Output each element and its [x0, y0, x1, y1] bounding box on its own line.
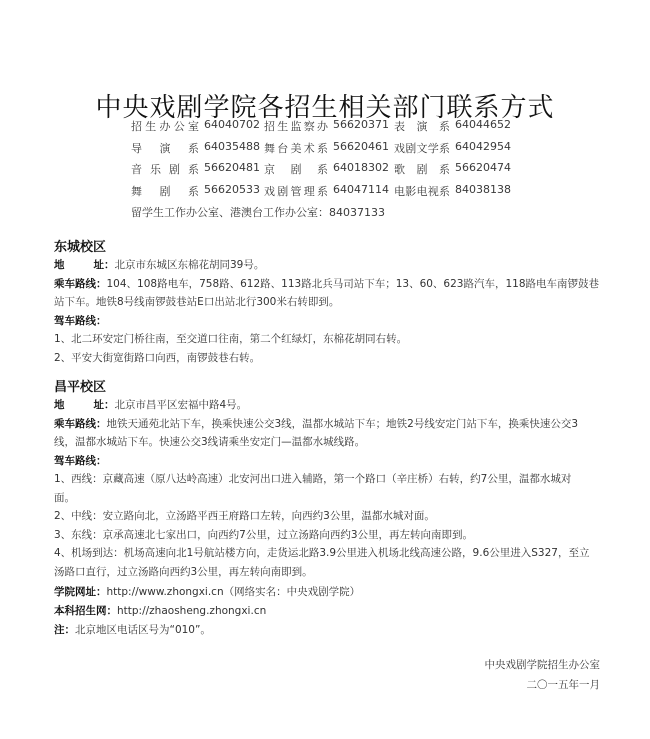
phone-number: 56620474	[455, 161, 511, 183]
contact-directory: 招生办公室64040702 招生监察办56620371 表演系64044652 …	[131, 118, 534, 225]
contact-entry: 歌剧系56620474	[394, 161, 534, 183]
website-link[interactable]: http://www.zhongxi.cn	[107, 586, 224, 598]
transit-text: 104、108路电车，758路、612路、113路北兵马司站下车；13、60、6…	[107, 278, 600, 290]
address-label: 地址	[54, 396, 104, 415]
transit-label: 乘车路线：	[54, 418, 107, 430]
phone-number: 56620481	[204, 161, 260, 183]
department-name: 导演系	[131, 140, 199, 162]
department-name: 京剧系	[264, 161, 328, 183]
contact-row: 音乐剧系56620481 京剧系64018302 歌剧系56620474	[131, 161, 534, 183]
contact-entry: 表演系64044652	[394, 118, 534, 140]
driving-label: 驾车路线：	[54, 452, 614, 471]
transit-line: 乘车路线：地铁天通苑北站下车，换乘快速公交3线，温都水城站下车；地铁2号线安定门…	[54, 415, 614, 434]
address-line: 地址：北京市东城区东棉花胡同39号。	[54, 256, 614, 275]
phone-number: 56620371	[333, 118, 389, 140]
phone-number: 64042954	[455, 140, 511, 162]
website-note: （网络实名：中央戏剧学院）	[224, 586, 361, 598]
driving-route: 1、西线：京藏高速（原八达岭高速）北安河出口进入辅路，第一个路口（辛庄桥）右转，…	[54, 470, 614, 489]
phone-number: 84038138	[455, 183, 511, 205]
contact-entry: 导演系64035488	[131, 140, 264, 162]
contact-row: 导演系64035488 舞台美术系56620461 戏剧文学系64042954	[131, 140, 534, 162]
driving-route: 2、中线：安立路向北，立汤路平西王府路口左转，向西约3公里，温都水城对面。	[54, 507, 614, 526]
phone-number: 56620533	[204, 183, 260, 205]
phone-number: 64018302	[333, 161, 389, 183]
contact-entry: 戏剧管理系64047114	[264, 183, 394, 205]
contact-entry: 招生办公室64040702	[131, 118, 264, 140]
address-separator: ：	[104, 259, 115, 271]
signature-org: 中央戏剧学院招生办公室	[485, 655, 601, 675]
campus-title: 东城校区	[54, 236, 614, 254]
department-name: 招生办公室	[131, 118, 199, 140]
department-name: 招生监察办	[264, 118, 328, 140]
contact-entry: 音乐剧系56620481	[131, 161, 264, 183]
contact-entry: 戏剧文学系64042954	[394, 140, 534, 162]
department-name: 歌剧系	[394, 161, 450, 183]
department-name: 戏剧管理系	[264, 183, 328, 205]
footer-info: 学院网址：http://www.zhongxi.cn（网络实名：中央戏剧学院） …	[54, 583, 360, 640]
address-line: 地址：北京市昌平区宏福中路4号。	[54, 396, 614, 415]
phone-number: 64040702	[204, 118, 260, 140]
transit-label: 乘车路线：	[54, 278, 107, 290]
transit-line-cont: 站下车。地铁8号线南锣鼓巷站E口出站北行300米右转即到。	[54, 293, 614, 312]
website-line: 学院网址：http://www.zhongxi.cn（网络实名：中央戏剧学院）	[54, 583, 360, 602]
driving-route: 2、平安大街宽街路口向西，南锣鼓巷右转。	[54, 349, 614, 368]
phone-number: 64044652	[455, 118, 511, 140]
contact-row: 舞剧系56620533 戏剧管理系64047114 电影电视系84038138	[131, 183, 534, 205]
driving-label: 驾车路线：	[54, 312, 614, 331]
contact-entry: 京剧系64018302	[264, 161, 394, 183]
address-label: 地址	[54, 256, 104, 275]
address-value: 北京市东城区东棉花胡同39号。	[115, 259, 265, 271]
changping-campus-section: 昌平校区 地址：北京市昌平区宏福中路4号。 乘车路线：地铁天通苑北站下车，换乘快…	[54, 376, 614, 581]
dongcheng-campus-section: 东城校区 地址：北京市东城区东棉花胡同39号。 乘车路线：104、108路电车，…	[54, 236, 614, 367]
department-name: 音乐剧系	[131, 161, 199, 183]
phone-number: 64047114	[333, 183, 389, 205]
contact-entry: 舞台美术系56620461	[264, 140, 394, 162]
driving-route: 4、机场到达：机场高速向北1号航站楼方向，走货运北路3.9公里进入机场北线高速公…	[54, 544, 614, 563]
admission-site-link[interactable]: http://zhaosheng.zhongxi.cn	[117, 605, 266, 617]
intl-office-contact: 留学生工作办公室、港澳台工作办公室：84037133	[131, 204, 534, 225]
signature-date: 二〇一五年一月	[485, 675, 601, 695]
admission-site-label: 本科招生网：	[54, 605, 117, 617]
contact-row: 招生办公室64040702 招生监察办56620371 表演系64044652	[131, 118, 534, 140]
contact-entry: 电影电视系84038138	[394, 183, 534, 205]
website-label: 学院网址：	[54, 586, 107, 598]
department-name: 舞剧系	[131, 183, 199, 205]
contact-entry: 招生监察办56620371	[264, 118, 394, 140]
note-text: 北京地区电话区号为“010”。	[75, 624, 211, 636]
phone-number: 56620461	[333, 140, 389, 162]
note-line: 注：北京地区电话区号为“010”。	[54, 621, 360, 640]
admission-site-line: 本科招生网：http://zhaosheng.zhongxi.cn	[54, 602, 360, 621]
contact-entry: 舞剧系56620533	[131, 183, 264, 205]
transit-text: 地铁天通苑北站下车，换乘快速公交3线，温都水城站下车；地铁2号线安定门站下车，换…	[107, 418, 579, 430]
department-name: 舞台美术系	[264, 140, 328, 162]
signature-block: 中央戏剧学院招生办公室 二〇一五年一月	[485, 655, 601, 695]
note-label: 注：	[54, 624, 75, 636]
transit-line: 乘车路线：104、108路电车，758路、612路、113路北兵马司站下车；13…	[54, 275, 614, 294]
driving-route-cont: 汤路口直行，过立汤路向西约3公里，再左转向南即到。	[54, 563, 614, 582]
phone-number: 64035488	[204, 140, 260, 162]
driving-route-cont: 面。	[54, 489, 614, 508]
transit-line-cont: 线，温都水城站下车。快速公交3线请乘坐安定门—温都水城线路。	[54, 433, 614, 452]
address-separator: ：	[104, 399, 115, 411]
campus-title: 昌平校区	[54, 376, 614, 394]
department-name: 电影电视系	[394, 183, 450, 205]
address-value: 北京市昌平区宏福中路4号。	[115, 399, 248, 411]
driving-route: 3、东线：京承高速北七家出口，向西约7公里，过立汤路向西约3公里，再左转向南即到…	[54, 526, 614, 545]
driving-route: 1、北二环安定门桥往南，至交道口往南，第二个红绿灯，东棉花胡同右转。	[54, 330, 614, 349]
department-name: 戏剧文学系	[394, 140, 450, 162]
department-name: 表演系	[394, 118, 450, 140]
